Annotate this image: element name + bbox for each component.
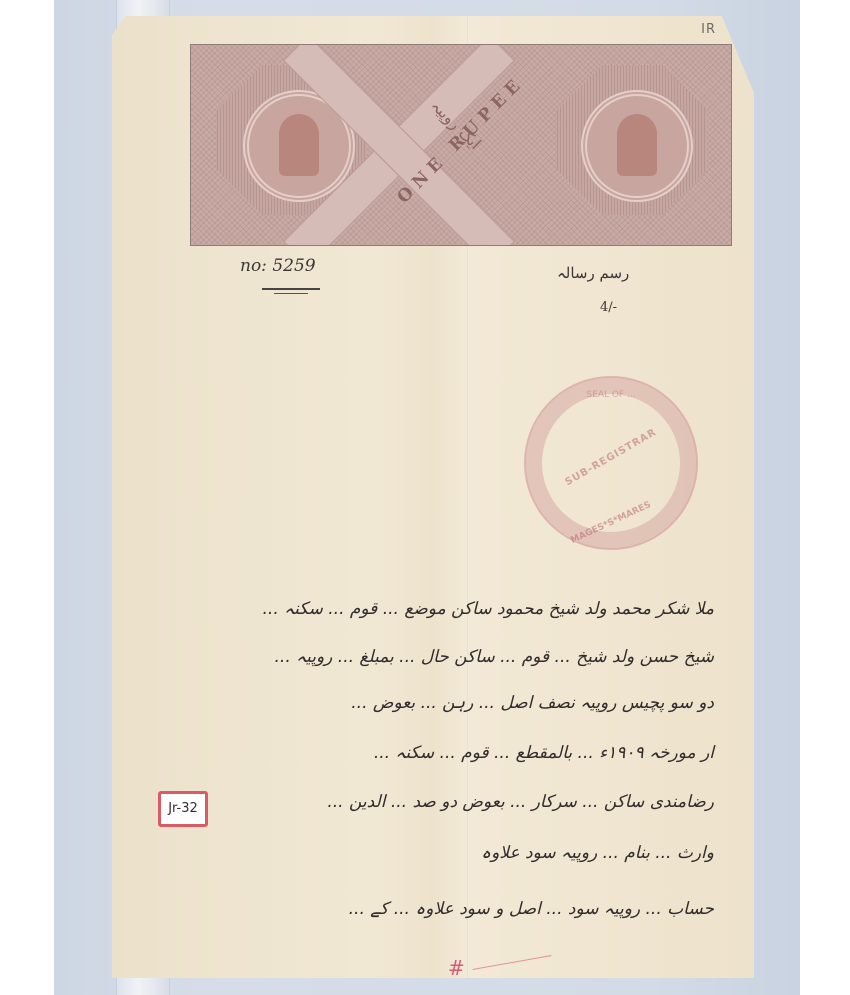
king-portrait-medallion-right	[581, 90, 693, 202]
archive-tag-label: Jr-32	[158, 791, 208, 827]
revenue-stamp-header: ONE RUPEE ایک روپیہ	[190, 44, 732, 246]
deed-text-line: شیخ حسن ولد شیخ ... قوم ... ساکن حال ...…	[275, 646, 714, 667]
deed-text-line: ار مورخہ ۱۹۰۹ء ... بالمقطع ... قوم ... س…	[374, 742, 714, 763]
deed-text-line: وارث ... بنام ... روپیہ سود علاوہ	[481, 842, 714, 863]
portrait-bust-icon	[279, 114, 319, 176]
stamp-paper: IR ONE RUPEE ایک روپیہ no: 5259 رسم رسال…	[112, 16, 754, 978]
registrar-seal: SEAL OF ... SUB-REGISTRAR MAGES*S*MARES	[524, 376, 698, 550]
registration-number: no: 5259	[240, 256, 316, 276]
underline	[262, 288, 320, 290]
deed-text-line: رضامندی ساکن ... سرکار ... بعوض دو صد ..…	[327, 792, 714, 812]
fee-value: 4/-	[600, 300, 617, 315]
seal-top-text: SEAL OF ...	[526, 390, 696, 400]
deed-text-line: دو سو پچیس روپیہ نصف اصل ... رہن ... بعو…	[351, 692, 714, 713]
seal-center-text: SUB-REGISTRAR	[535, 410, 688, 505]
underline	[274, 293, 308, 294]
red-pencil-mark: #	[448, 956, 465, 980]
deed-text-line: ملا شکر محمد ولد شیخ محمود ساکن موضع ...…	[263, 598, 714, 619]
fee-label: رسم رسالہ	[557, 264, 629, 282]
red-pencil-stroke	[473, 955, 552, 970]
deed-text-line: حساب ... روپیہ سود ... اصل و سود علاوہ .…	[349, 898, 714, 919]
portrait-bust-icon	[617, 114, 657, 176]
corner-mark: IR	[701, 22, 716, 37]
